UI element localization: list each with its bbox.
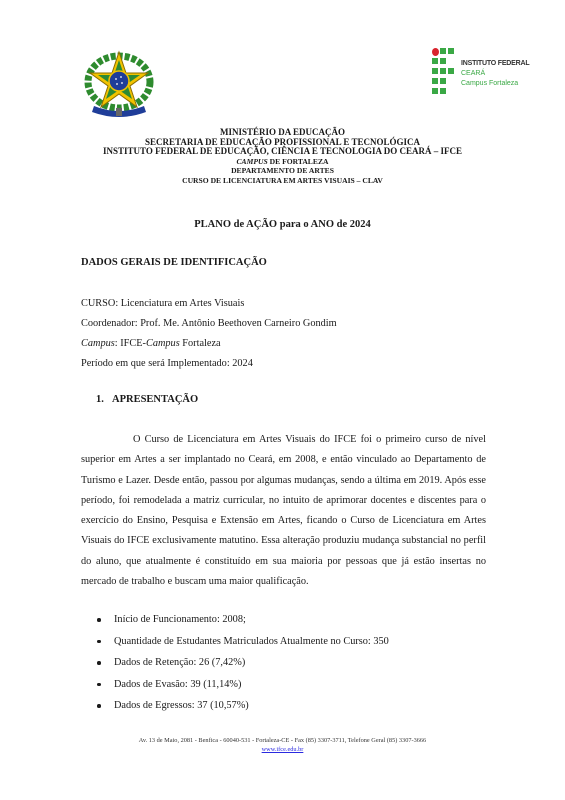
course-stats-list: Início de Funcionamento: 2008; Quantidad… (97, 609, 389, 717)
period-line: Período em que será Implementado: 2024 (81, 354, 337, 374)
ifce-logo: INSTITUTO FEDERAL CEARÁ Campus Fortaleza (432, 48, 532, 104)
general-data-heading: DADOS GERAIS DE IDENTIFICAÇÃO (81, 257, 267, 268)
brazil-coat-of-arms-logo (80, 46, 158, 122)
section-1-heading: 1.APRESENTAÇÃO (96, 394, 198, 405)
coordinator-line: Coordenador: Prof. Me. Antônio Beethoven… (81, 314, 337, 334)
bullet-icon (97, 618, 101, 622)
page-footer: Av. 13 de Maio, 2081 - Benfica - 60040-5… (0, 736, 565, 754)
presentation-paragraph: O Curso de Licenciatura em Artes Visuais… (81, 430, 486, 592)
header-institute: INSTITUTO FEDERAL DE EDUCAÇÃO, CIÊNCIA E… (0, 147, 565, 157)
list-item: Dados de Evasão: 39 (11,14%) (97, 674, 389, 696)
bullet-icon (97, 704, 101, 708)
footer-address: Av. 13 de Maio, 2081 - Benfica - 60040-5… (0, 736, 565, 745)
ifce-logo-line1: INSTITUTO FEDERAL (461, 59, 529, 69)
bullet-icon (97, 683, 101, 687)
bullet-icon (97, 661, 101, 665)
list-item: Dados de Egressos: 37 (10,57%) (97, 695, 389, 717)
header-campus: CAMPUS DE FORTALEZA (0, 157, 565, 167)
ifce-logo-line2: CEARÁ (461, 69, 529, 79)
campus-line: Campus: IFCE-Campus Fortaleza (81, 334, 337, 354)
course-line: CURSO: Licenciatura em Artes Visuais (81, 294, 337, 314)
header-course: CURSO DE LICENCIATURA EM ARTES VISUAIS –… (0, 176, 565, 186)
ifce-logo-line3: Campus Fortaleza (461, 79, 529, 89)
plan-title: PLANO de AÇÃO para o ANO de 2024 (0, 219, 565, 230)
institutional-header: MINISTÉRIO DA EDUCAÇÃO SECRETARIA DE EDU… (0, 128, 565, 186)
list-item: Dados de Retenção: 26 (7,42%) (97, 652, 389, 674)
ifce-grid-icon (432, 48, 456, 100)
website-link[interactable]: www.ifce.edu.br (262, 746, 304, 753)
bullet-icon (97, 640, 101, 644)
list-item: Início de Funcionamento: 2008; (97, 609, 389, 631)
document-page: INSTITUTO FEDERAL CEARÁ Campus Fortaleza… (0, 0, 565, 800)
identification-info: CURSO: Licenciatura em Artes Visuais Coo… (81, 294, 337, 374)
list-item: Quantidade de Estudantes Matriculados At… (97, 631, 389, 653)
header-department: DEPARTAMENTO DE ARTES (0, 166, 565, 176)
